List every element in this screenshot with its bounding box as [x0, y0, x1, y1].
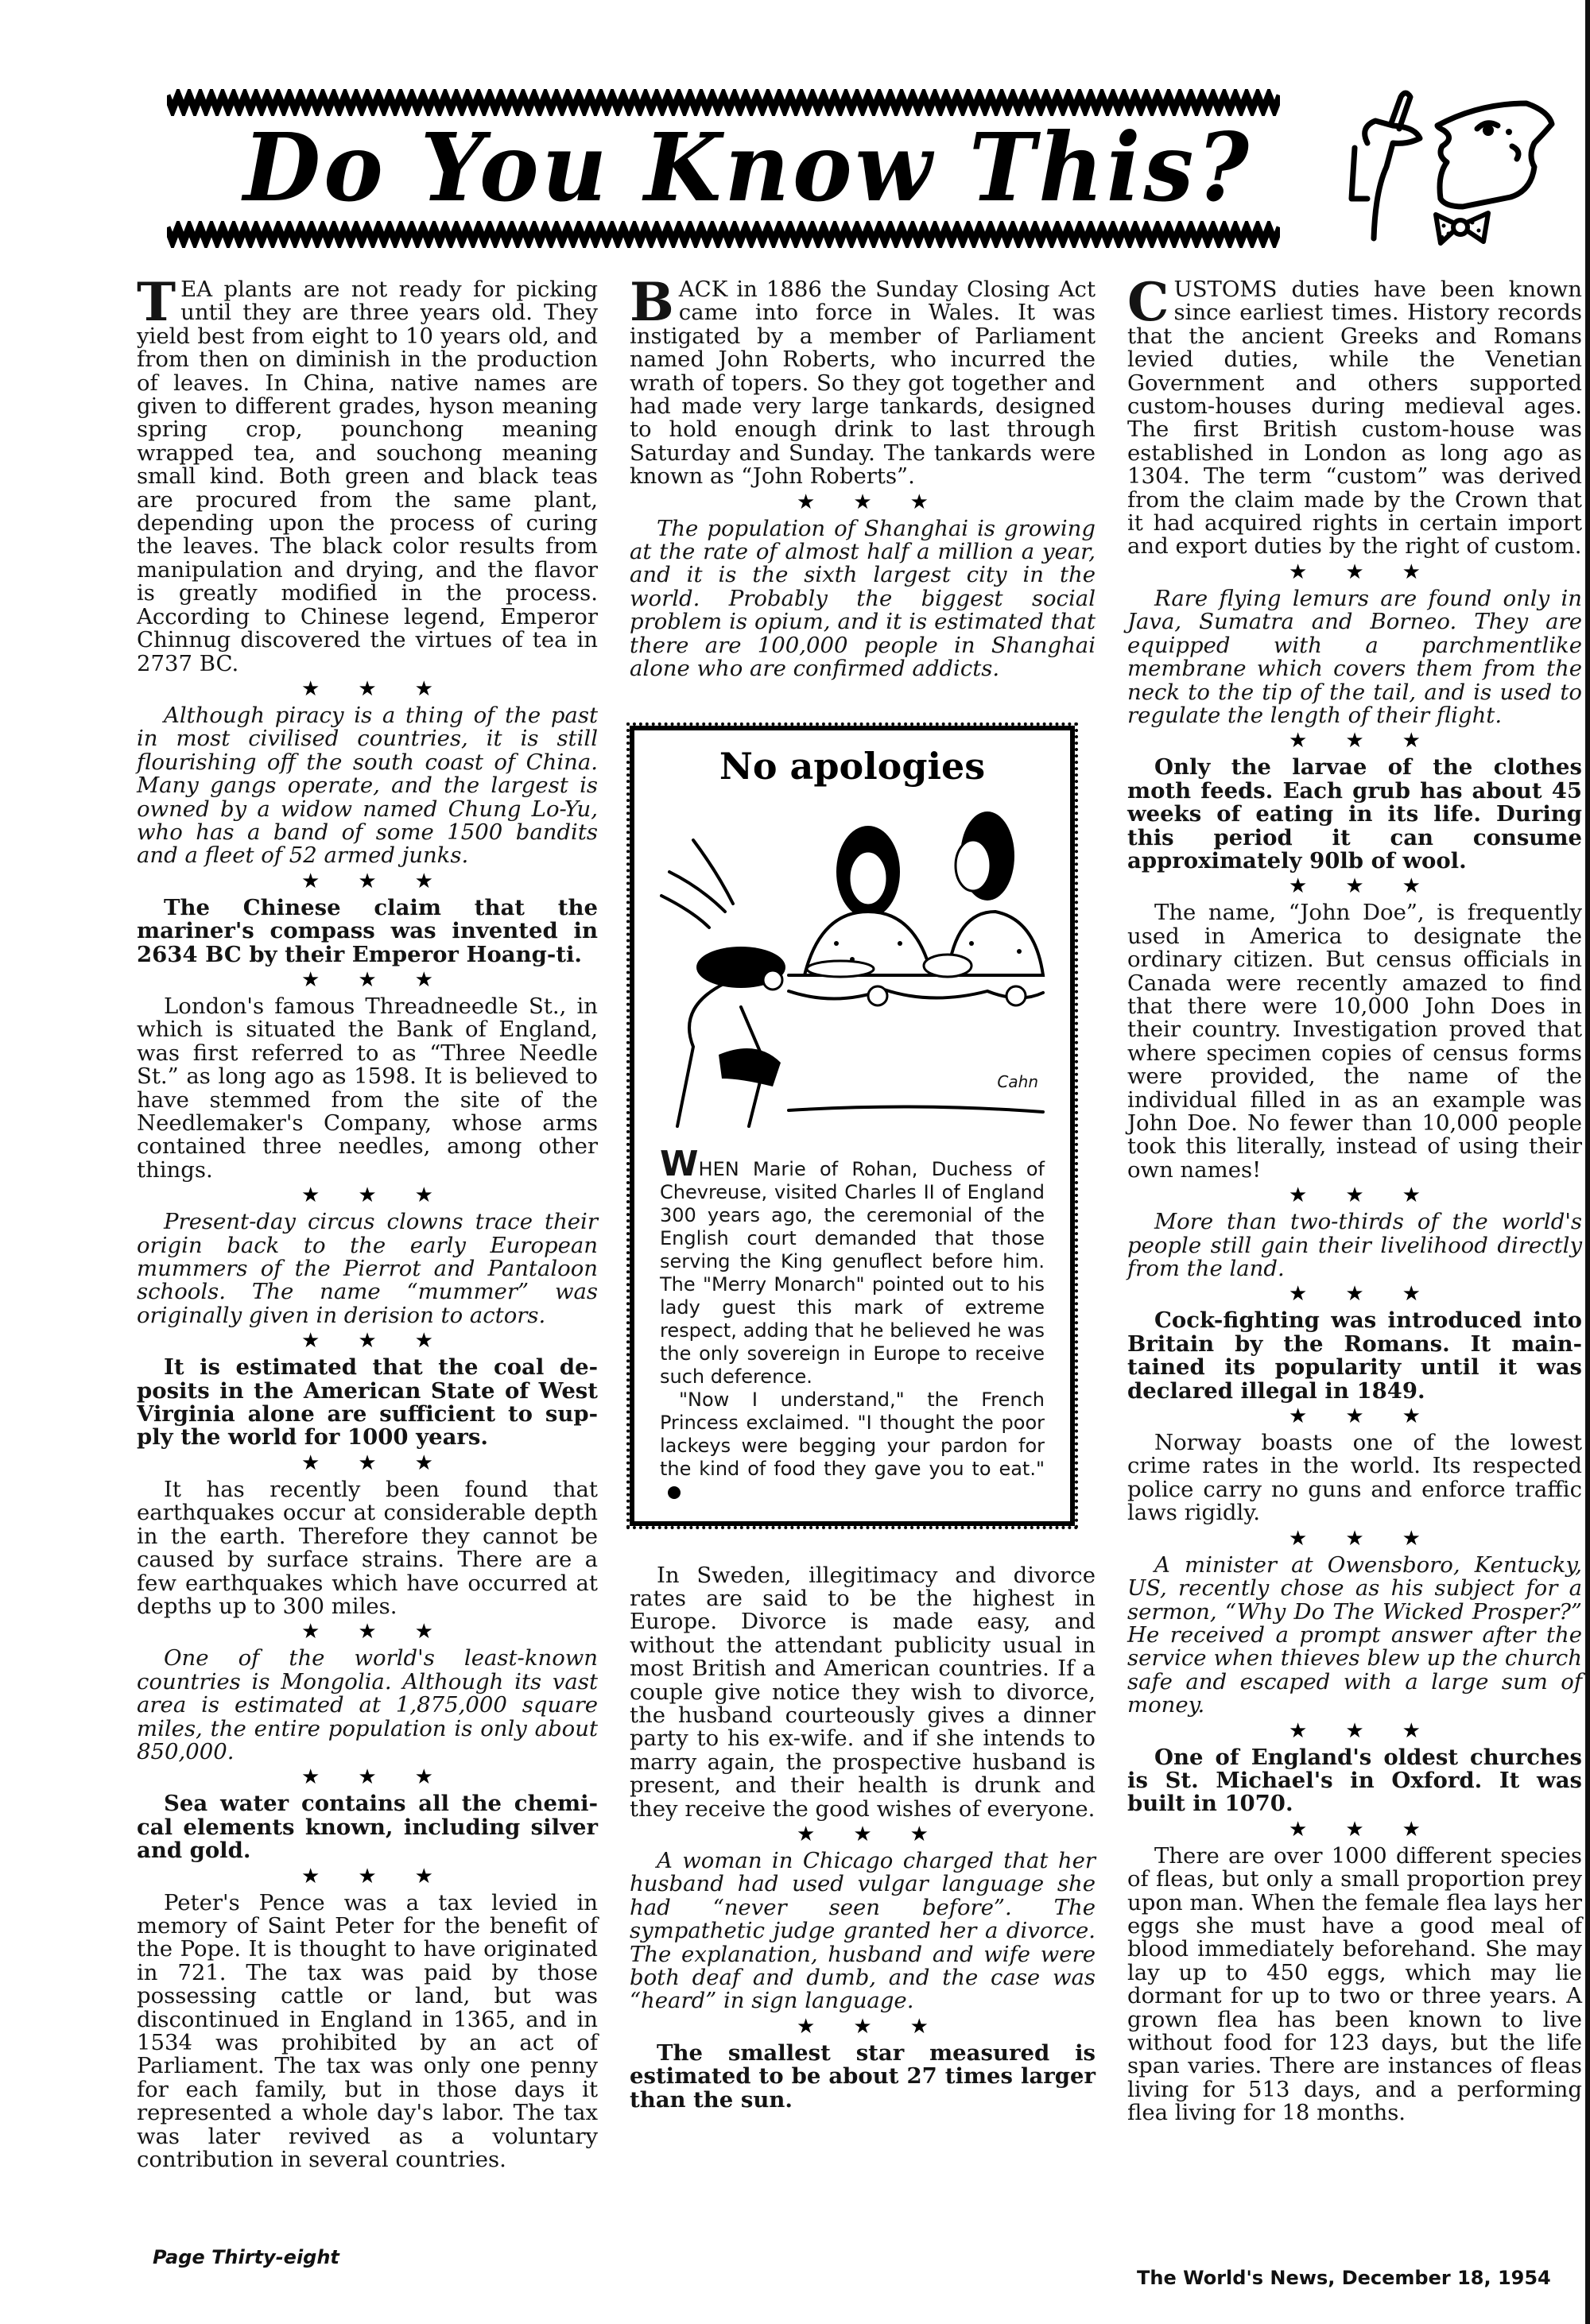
- page-number: Page Thirty-eight: [153, 2246, 339, 2268]
- star-separator: ★★★: [668, 1822, 1096, 1846]
- column-middle: BACK in 1886 the Sunday Closing Act came…: [630, 278, 1096, 2112]
- fact-chicago-divorce: A woman in Chicago charged that her husb…: [630, 1850, 1096, 2013]
- fact-mongolia: One of the world's least-known countries…: [137, 1647, 598, 1764]
- fact-sunday-closing-act: BACK in 1886 the Sunday Closing Act came…: [630, 278, 1096, 489]
- fact-norway-crime: Norway boasts one of the lowest crime ra…: [1127, 1431, 1582, 1525]
- star-separator: ★★★: [1165, 1404, 1582, 1428]
- star-separator: ★★★: [1165, 560, 1582, 584]
- fact-mariners-compass: The Chinese claim that the mariner's com…: [137, 897, 598, 966]
- fact-st-michaels-oxford: One of England's oldest churches is St. …: [1127, 1746, 1582, 1816]
- masthead: Do You Know This?: [167, 89, 1280, 248]
- star-separator: ★★★: [1165, 729, 1582, 753]
- fact-john-doe: The name, “John Doe”, is fre­quently use…: [1127, 901, 1582, 1182]
- page-edge-bar: [1585, 0, 1590, 2324]
- fact-customs-duties: CUSTOMS duties have been known since ear…: [1127, 278, 1582, 559]
- zigzag-rule-bottom: [167, 221, 1280, 248]
- fact-west-virginia-coal: It is estimated that the coal de­posits …: [137, 1356, 598, 1450]
- star-separator: ★★★: [175, 1865, 598, 1888]
- drop-cap: C: [1127, 280, 1169, 324]
- star-separator: ★★★: [175, 1183, 598, 1207]
- star-separator: ★★★: [668, 490, 1096, 514]
- star-separator: ★★★: [1165, 1282, 1582, 1306]
- feature-title: No apologies: [646, 745, 1059, 788]
- star-separator: ★★★: [1165, 874, 1582, 898]
- fact-smallest-star: The smallest star measured is estimated …: [630, 2042, 1096, 2112]
- column-right: CUSTOMS duties have been known since ear…: [1127, 278, 1582, 2125]
- fact-flying-lemurs: Rare flying lemurs are found only in Jav…: [1127, 587, 1582, 727]
- fact-fleas: There are over 1000 different species of…: [1127, 1845, 1582, 2125]
- star-separator: ★★★: [175, 1765, 598, 1789]
- fact-earthquakes: It has recently been found that earthqua…: [137, 1478, 598, 1618]
- fact-threadneedle-st: London's famous Threadneedle St., in whi…: [137, 995, 598, 1182]
- star-separator: ★★★: [175, 870, 598, 893]
- star-separator: ★★★: [175, 1451, 598, 1475]
- fact-tea-plants: TEA plants are not ready for pick­ing un…: [137, 278, 598, 676]
- fact-sweden-divorce: In Sweden, illegitimacy and divorce rate…: [630, 1564, 1096, 1821]
- star-separator: ★★★: [175, 968, 598, 992]
- zigzag-rule-top: [167, 89, 1280, 116]
- fact-cock-fighting: Cock-fighting was introduced in­to Brita…: [1127, 1309, 1582, 1403]
- star-separator: ★★★: [1165, 1719, 1582, 1743]
- star-separator: ★★★: [1165, 1818, 1582, 1842]
- page-title: Do You Know This?: [243, 118, 1252, 219]
- column-left: TEA plants are not ready for pick­ing un…: [137, 278, 598, 2171]
- fact-clothes-moth: Only the larvae of the clothes moth feed…: [1127, 756, 1582, 873]
- fact-piracy-china: Although piracy is a thing of the past i…: [137, 704, 598, 868]
- drop-cap: T: [137, 280, 176, 324]
- star-separator: ★★★: [1165, 1183, 1582, 1207]
- end-mark-icon: [668, 1486, 681, 1499]
- star-separator: ★★★: [668, 2015, 1096, 2039]
- fact-shanghai-population: The population of Shanghai is growing at…: [630, 517, 1096, 681]
- feature-paragraph-1: WHEN Marie of Rohan, Duchess of Chevreus…: [646, 1148, 1059, 1389]
- star-separator: ★★★: [175, 1620, 598, 1644]
- feature-paragraph-2: "Now I understand," the French Princess …: [646, 1389, 1059, 1504]
- star-separator: ★★★: [175, 677, 598, 701]
- pointing-man-with-bowtie-icon: [1344, 79, 1566, 254]
- drop-cap: W: [660, 1144, 699, 1184]
- fact-circus-clowns: Present-day circus clowns trace their or…: [137, 1210, 598, 1327]
- fact-owensboro-minister: A minister at Owensboro, Ken­tucky, US, …: [1127, 1554, 1582, 1718]
- drop-cap: B: [630, 280, 674, 324]
- feature-box-no-apologies: No apologies Cahn: [630, 726, 1075, 1526]
- artist-signature: Cahn: [997, 1072, 1038, 1091]
- star-separator: ★★★: [175, 1329, 598, 1353]
- fact-sea-water: Sea water contains all the chemi­cal ele…: [137, 1792, 598, 1862]
- publication-dateline: The World's News, December 18, 1954: [1137, 2267, 1551, 2289]
- fact-peters-pence: Peter's Pence was a tax levied in memory…: [137, 1892, 598, 2172]
- fact-land-livelihood: More than two-thirds of the world's peop…: [1127, 1210, 1582, 1280]
- star-separator: ★★★: [1165, 1527, 1582, 1551]
